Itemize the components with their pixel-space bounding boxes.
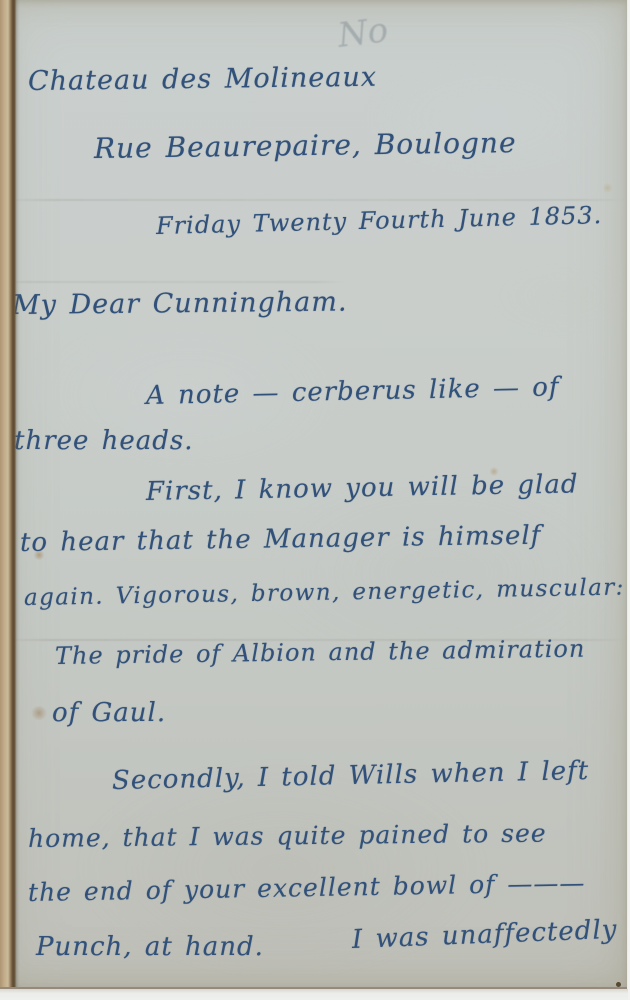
foxing-spot [602,183,613,193]
letter-page-paper: illegible No Chateau des Molineaux Rue B… [0,0,627,989]
ink-dot [616,982,621,987]
binding-edge [0,0,20,987]
body-line: the end of your excellent bowl of ——— [28,868,586,907]
address-line-1: Chateau des Molineaux [28,62,377,97]
body-line: again. Vigorous, brown, energetic, muscu… [24,575,625,611]
date-line: Friday Twenty Fourth June 1853. [156,201,603,240]
scanned-letter-view: { "colors":{ "ink":"#31517a", "pencil":"… [0,0,630,1000]
body-line: Secondly, I told Wills when I left [112,756,590,796]
scan-background-bottom [0,989,630,1000]
closing-fragment: I was unaffectedly [351,915,618,955]
folio-mark: No [336,10,391,56]
body-line: three heads. [14,426,194,456]
body-line: A note — cerberus like — of [146,372,560,411]
body-line: home, that I was quite pained to see [28,819,547,853]
salutation-line: My Dear Cunningham. [12,286,348,321]
body-line: of Gaul. [52,698,166,728]
body-line: First, I know you will be glad [146,469,579,507]
fold-crease-upper [0,281,345,283]
foxing-spot [30,706,48,720]
body-line: The pride of Albion and the admiration [55,635,586,670]
body-line: to hear that the Manager is himself [20,521,542,558]
body-line: Punch, at hand. [36,932,264,962]
address-line-2: Rue Beaurepaire, Boulogne [94,126,517,165]
fold-crease-top [0,199,627,201]
